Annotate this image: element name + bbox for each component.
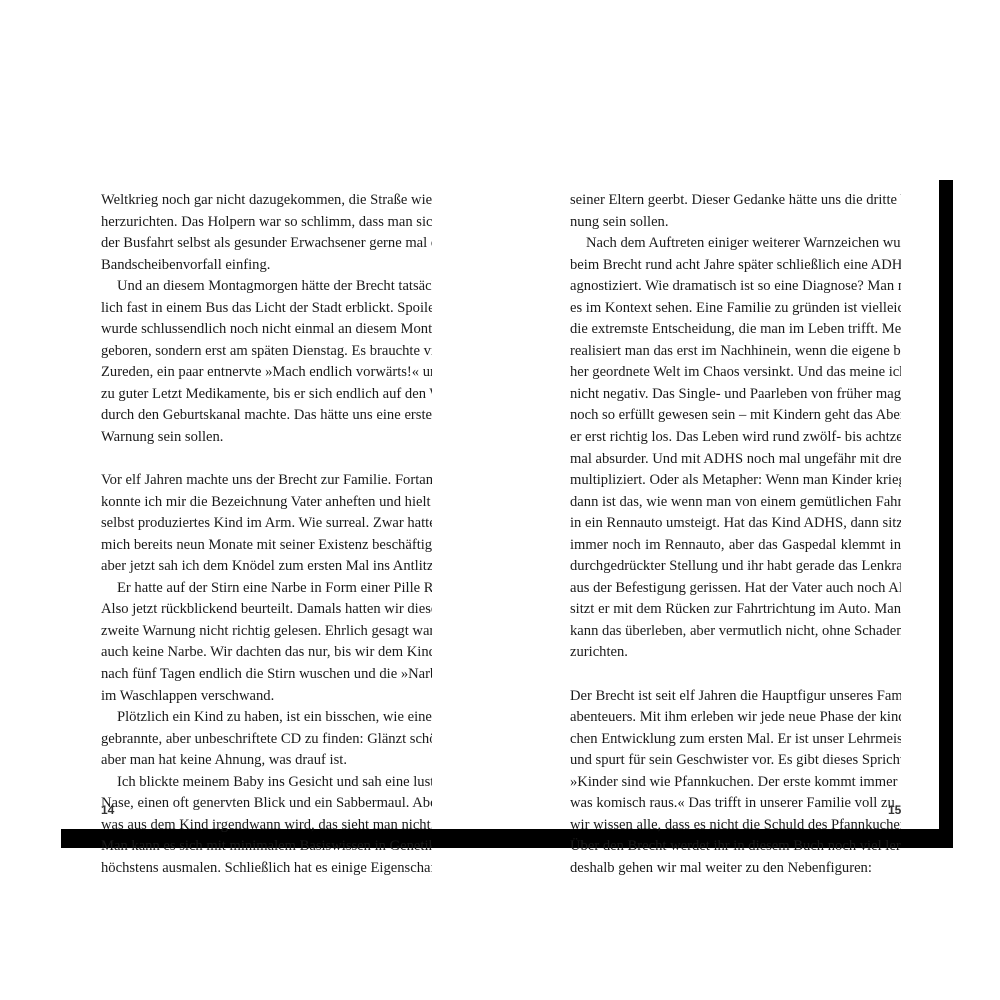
paragraph: Und an diesem Montagmorgen hätte der Bre… bbox=[101, 276, 432, 448]
text-line: realisiert man das erst im Nachhinein, w… bbox=[570, 341, 901, 363]
text-line: Warnung sein sollen. bbox=[101, 427, 432, 449]
text-line: konnte ich mir die Bezeichnung Vater anh… bbox=[101, 492, 432, 514]
text-line: seiner Eltern geerbt. Dieser Gedanke hät… bbox=[570, 190, 901, 212]
left-page-number: 14 bbox=[101, 803, 114, 817]
text-line: geboren, sondern erst am späten Dienstag… bbox=[101, 341, 432, 363]
text-line: selbst produziertes Kind im Arm. Wie sur… bbox=[101, 513, 432, 535]
text-line: was komisch raus.« Das trifft in unserer… bbox=[570, 793, 901, 815]
text-line: durchgedrückter Stellung und ihr habt ge… bbox=[570, 556, 901, 578]
text-line: multipliziert. Oder als Metapher: Wenn m… bbox=[570, 470, 901, 492]
text-line: was aus dem Kind irgendwann wird, das si… bbox=[101, 815, 432, 837]
text-line: auch keine Narbe. Wir dachten das nur, b… bbox=[101, 642, 432, 664]
right-page-body: seiner Eltern geerbt. Dieser Gedanke hät… bbox=[570, 190, 901, 880]
text-line: und spurt für sein Geschwister vor. Es g… bbox=[570, 750, 901, 772]
text-line: Nach dem Auftreten einiger weiterer Warn… bbox=[570, 233, 901, 255]
text-line: beim Brecht rund acht Jahre später schli… bbox=[570, 255, 901, 277]
text-line: agnostiziert. Wie dramatisch ist so eine… bbox=[570, 276, 901, 298]
paragraph: Vor elf Jahren machte uns der Brecht zur… bbox=[101, 470, 432, 578]
text-line: Vor elf Jahren machte uns der Brecht zur… bbox=[101, 470, 432, 492]
text-line: Und an diesem Montagmorgen hätte der Bre… bbox=[101, 276, 432, 298]
text-line: Er hatte auf der Stirn eine Narbe in For… bbox=[101, 578, 432, 600]
text-line: Über den Brecht werdet ihr in diesem Buc… bbox=[570, 836, 901, 858]
text-line: Man kann es sich mit minimalem Basiswiss… bbox=[101, 836, 432, 858]
text-line: nach fünf Tagen endlich die Stirn wusche… bbox=[101, 664, 432, 686]
text-line: »Kinder sind wie Pfannkuchen. Der erste … bbox=[570, 772, 901, 794]
text-line: nicht negativ. Das Single- und Paarleben… bbox=[570, 384, 901, 406]
text-line: Ich blickte meinem Baby ins Gesicht und … bbox=[101, 772, 432, 794]
right-page-number: 15 bbox=[888, 803, 901, 817]
text-line: chen Entwicklung zum ersten Mal. Er ist … bbox=[570, 729, 901, 751]
text-line: nung sein sollen. bbox=[570, 212, 901, 234]
text-line: höchstens ausmalen. Schließlich hat es e… bbox=[101, 858, 432, 880]
text-line: gebrannte, aber unbeschriftete CD zu fin… bbox=[101, 729, 432, 751]
text-line: Also jetzt rückblickend beurteilt. Damal… bbox=[101, 599, 432, 621]
paragraph: Weltkrieg noch gar nicht dazugekommen, d… bbox=[101, 190, 432, 276]
text-line: Plötzlich ein Kind zu haben, ist ein bis… bbox=[101, 707, 432, 729]
paragraph: Plötzlich ein Kind zu haben, ist ein bis… bbox=[101, 707, 432, 772]
paragraph: Der Brecht ist seit elf Jahren die Haupt… bbox=[570, 686, 901, 880]
text-line: Nase, einen oft genervten Blick und ein … bbox=[101, 793, 432, 815]
text-line: dann ist das, wie wenn man von einem gem… bbox=[570, 492, 901, 514]
text-line: im Waschlappen verschwand. bbox=[101, 686, 432, 708]
text-line: zweite Warnung nicht richtig gelesen. Eh… bbox=[101, 621, 432, 643]
text-line: sitzt er mit dem Rücken zur Fahrtrichtun… bbox=[570, 599, 901, 621]
text-line: aus der Befestigung gerissen. Hat der Va… bbox=[570, 578, 901, 600]
text-line: zu guter Letzt Medikamente, bis er sich … bbox=[101, 384, 432, 406]
paragraph: Ich blickte meinem Baby ins Gesicht und … bbox=[101, 772, 432, 880]
text-line: Weltkrieg noch gar nicht dazugekommen, d… bbox=[101, 190, 432, 212]
text-line: in ein Rennauto umsteigt. Hat das Kind A… bbox=[570, 513, 901, 535]
text-line: zurichten. bbox=[570, 642, 901, 664]
text-line: kann das überleben, aber vermutlich nich… bbox=[570, 621, 901, 643]
text-line: immer noch im Rennauto, aber das Gaspeda… bbox=[570, 535, 901, 557]
book-spread: Weltkrieg noch gar nicht dazugekommen, d… bbox=[47, 170, 939, 829]
text-line: durch den Geburtskanal machte. Das hätte… bbox=[101, 405, 432, 427]
text-line: noch so erfüllt gewesen sein – mit Kinde… bbox=[570, 405, 901, 427]
paragraph: Nach dem Auftreten einiger weiterer Warn… bbox=[570, 233, 901, 664]
left-page-body: Weltkrieg noch gar nicht dazugekommen, d… bbox=[101, 190, 432, 880]
text-line: mal absurder. Und mit ADHS noch mal unge… bbox=[570, 449, 901, 471]
text-line: herzurichten. Das Holpern war so schlimm… bbox=[101, 212, 432, 234]
text-line: er erst richtig los. Das Leben wird rund… bbox=[570, 427, 901, 449]
page-shadow-right bbox=[939, 180, 953, 848]
paragraph: Er hatte auf der Stirn eine Narbe in For… bbox=[101, 578, 432, 707]
text-line: Der Brecht ist seit elf Jahren die Haupt… bbox=[570, 686, 901, 708]
text-line: deshalb gehen wir mal weiter zu den Nebe… bbox=[570, 858, 901, 880]
text-line: der Busfahrt selbst als gesunder Erwachs… bbox=[101, 233, 432, 255]
text-line: wurde schlussendlich noch nicht einmal a… bbox=[101, 319, 432, 341]
text-line: mich bereits neun Monate mit seiner Exis… bbox=[101, 535, 432, 557]
text-line: Zureden, ein paar entnervte »Mach endlic… bbox=[101, 362, 432, 384]
text-line: lich fast in einem Bus das Licht der Sta… bbox=[101, 298, 432, 320]
paragraph: seiner Eltern geerbt. Dieser Gedanke hät… bbox=[570, 190, 901, 233]
text-line: wir wissen alle, dass es nicht die Schul… bbox=[570, 815, 901, 837]
text-line: es im Kontext sehen. Eine Familie zu grü… bbox=[570, 298, 901, 320]
text-line: Bandscheibenvorfall einfing. bbox=[101, 255, 432, 277]
text-line: aber man hat keine Ahnung, was drauf ist… bbox=[101, 750, 432, 772]
text-line: die extremste Entscheidung, die man im L… bbox=[570, 319, 901, 341]
text-line: abenteuers. Mit ihm erleben wir jede neu… bbox=[570, 707, 901, 729]
text-line: her geordnete Welt im Chaos versinkt. Un… bbox=[570, 362, 901, 384]
text-line: aber jetzt sah ich dem Knödel zum ersten… bbox=[101, 556, 432, 578]
